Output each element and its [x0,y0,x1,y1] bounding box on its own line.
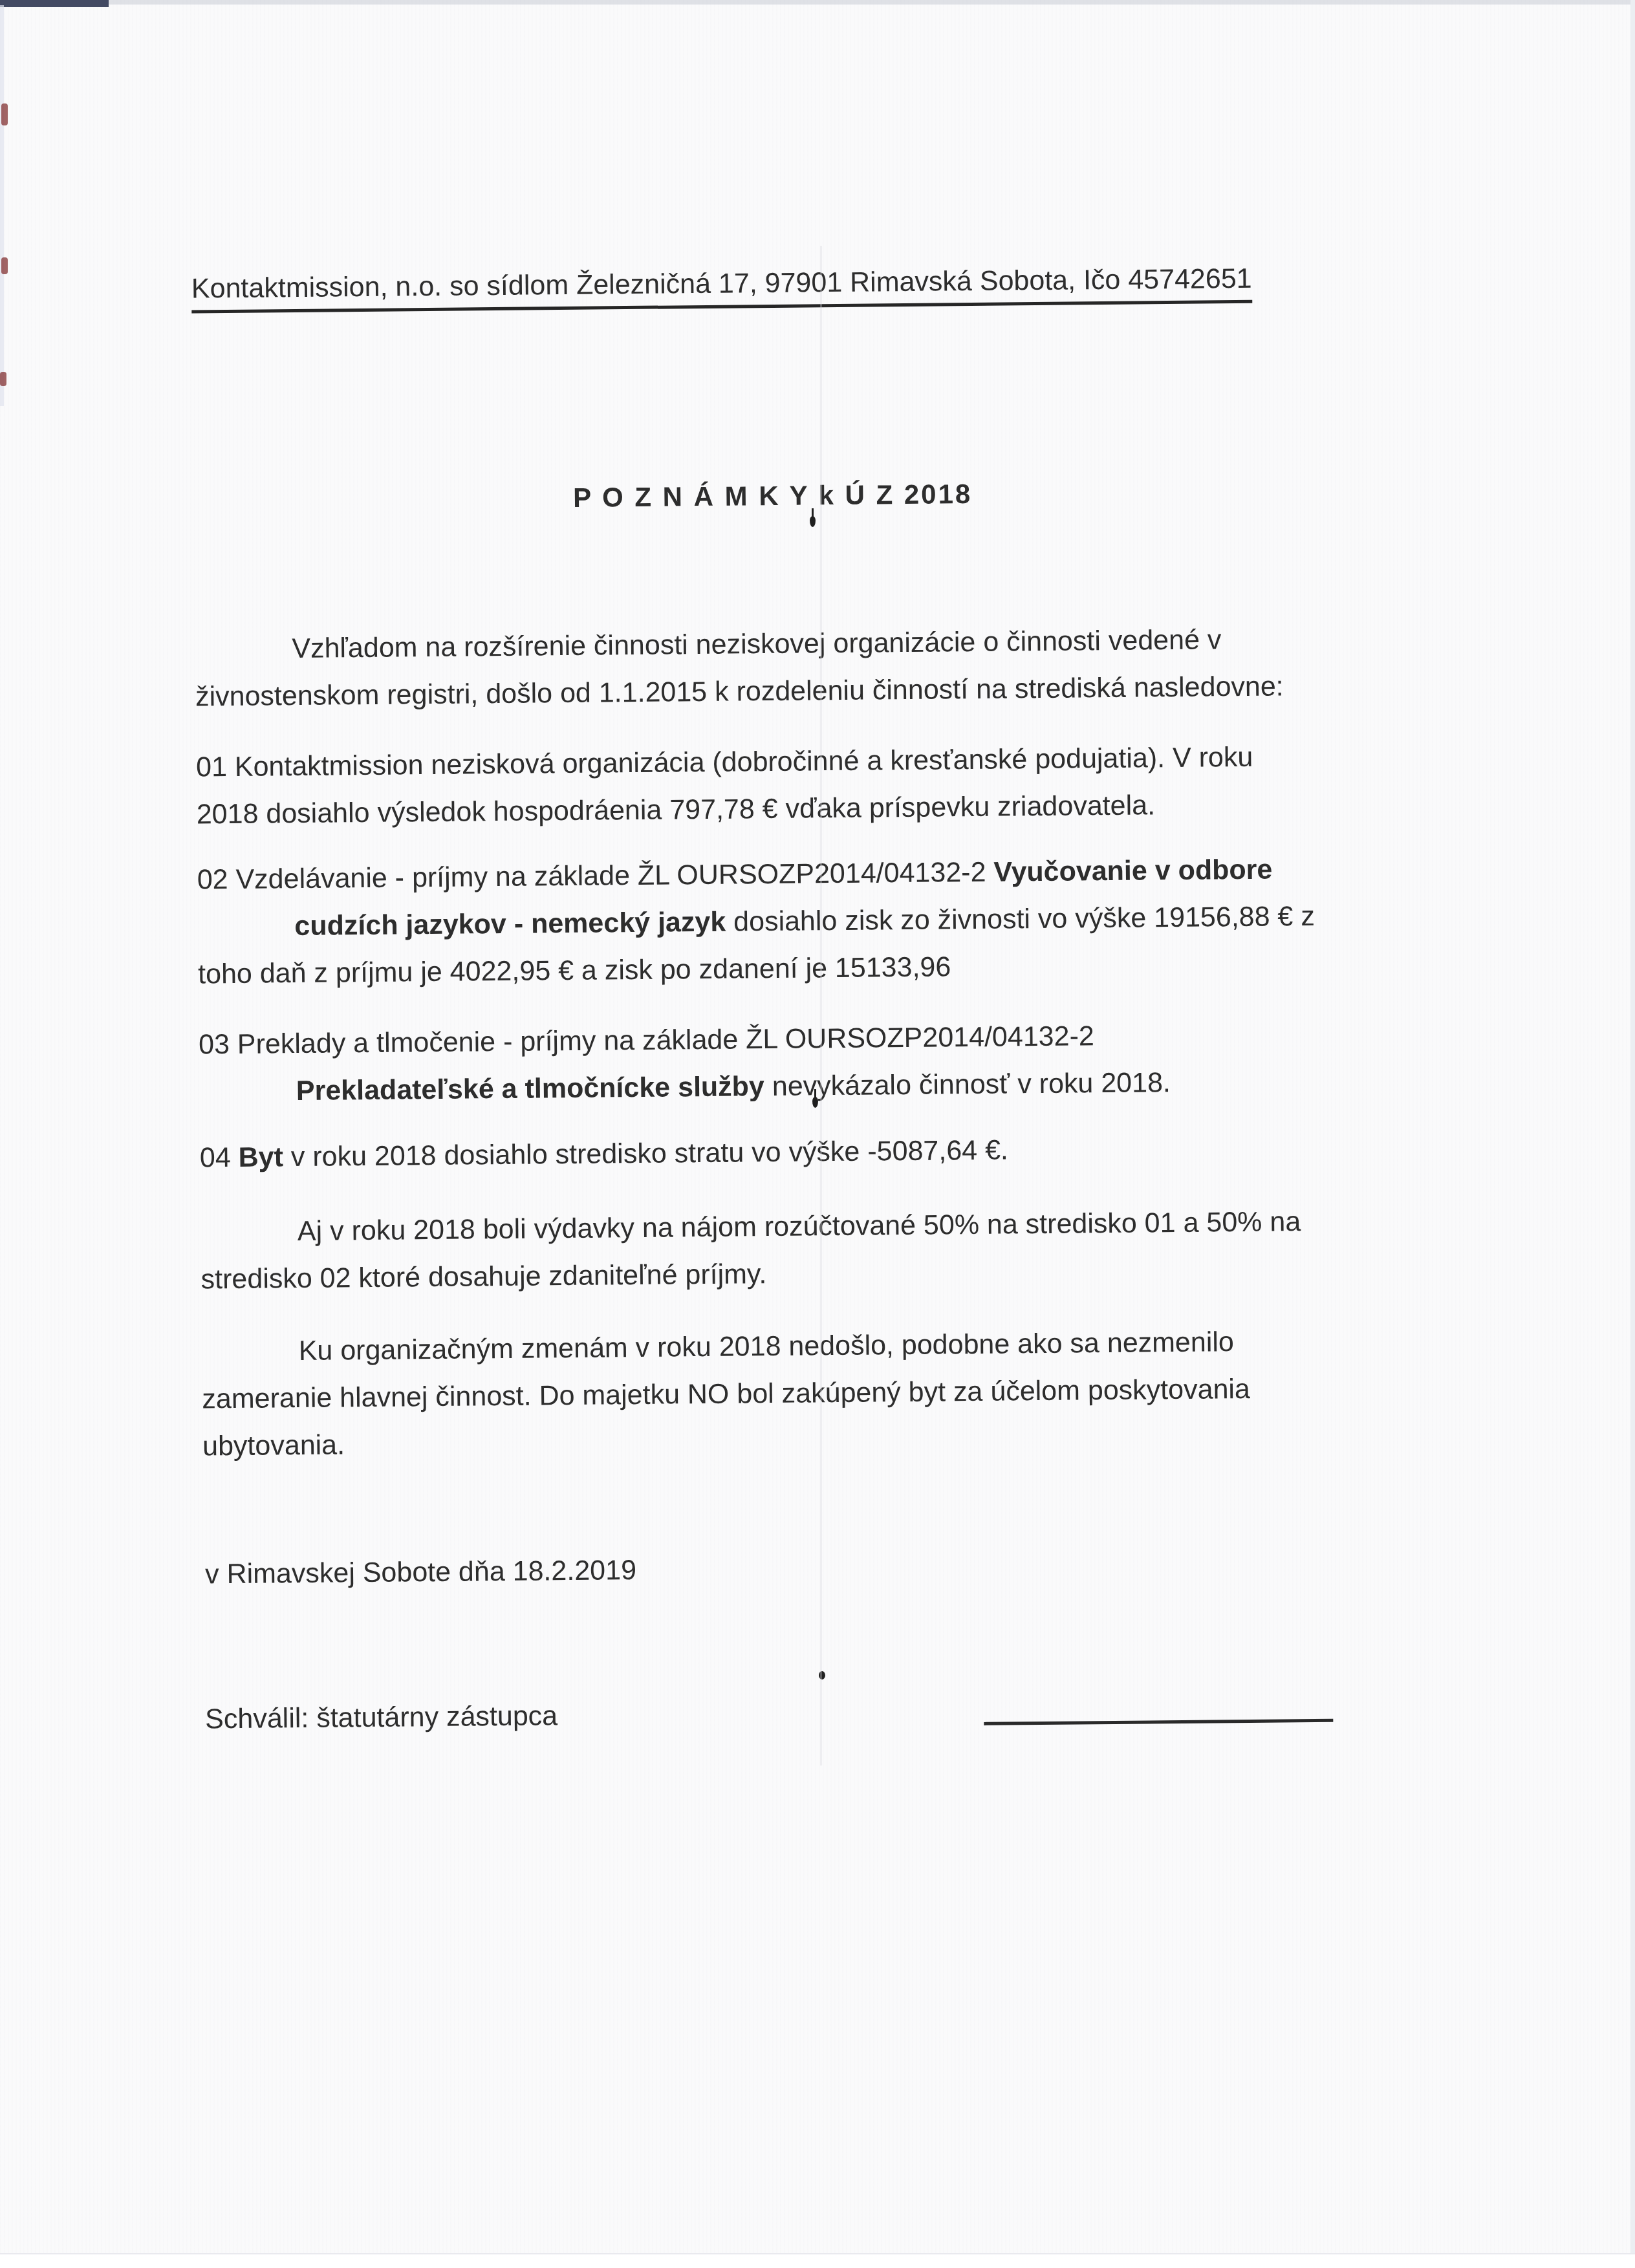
paragraph: 03 Preklady a tlmočenie - príjmy na zákl… [199,1009,1525,1116]
scan-top-edge-artifact [0,0,1635,5]
scan-streak-artifact [820,246,822,1766]
scan-top-corner-artifact [0,0,109,7]
scan-left-edge-artifact [0,5,4,406]
paragraph: Vzhľadom na rozšírenie činnosti neziskov… [195,614,1521,721]
paragraph: 02 Vzdelávanie - príjmy na základe ŽL OU… [197,844,1524,999]
document-header-text: Kontaktmission, n.o. so sídlom Železničn… [191,263,1252,314]
document-title: P O Z N Á M K Y k Ú Z 2018 [573,479,973,513]
document-header: Kontaktmission, n.o. so sídlom Železničn… [191,263,1252,305]
scan-right-edge-artifact [1630,0,1635,2253]
place-date-line: v Rimavskej Sobote dňa 18.2.2019 [205,1555,636,1590]
scan-red-mark-artifact [1,103,8,125]
scan-red-mark-artifact [1,257,8,274]
scanner-bed-edge [0,2253,1635,2268]
paragraph: Ku organizačným zmenám v roku 2018 nedoš… [201,1316,1528,1471]
signature-line [984,1719,1333,1725]
paragraph-line: 04 Byt v roku 2018 dosiahlo stredisko st… [200,1122,1526,1182]
scanned-page: Kontaktmission, n.o. so sídlom Železničn… [0,0,1635,2253]
paragraph: 04 Byt v roku 2018 dosiahlo stredisko st… [200,1122,1526,1182]
approval-label: Schválil: štatutárny zástupca [205,1700,558,1735]
paragraph: 01 Kontaktmission nezisková organizácia … [196,731,1522,839]
scan-red-mark-artifact [0,372,6,386]
paragraph: Aj v roku 2018 boli výdavky na nájom roz… [200,1196,1527,1304]
